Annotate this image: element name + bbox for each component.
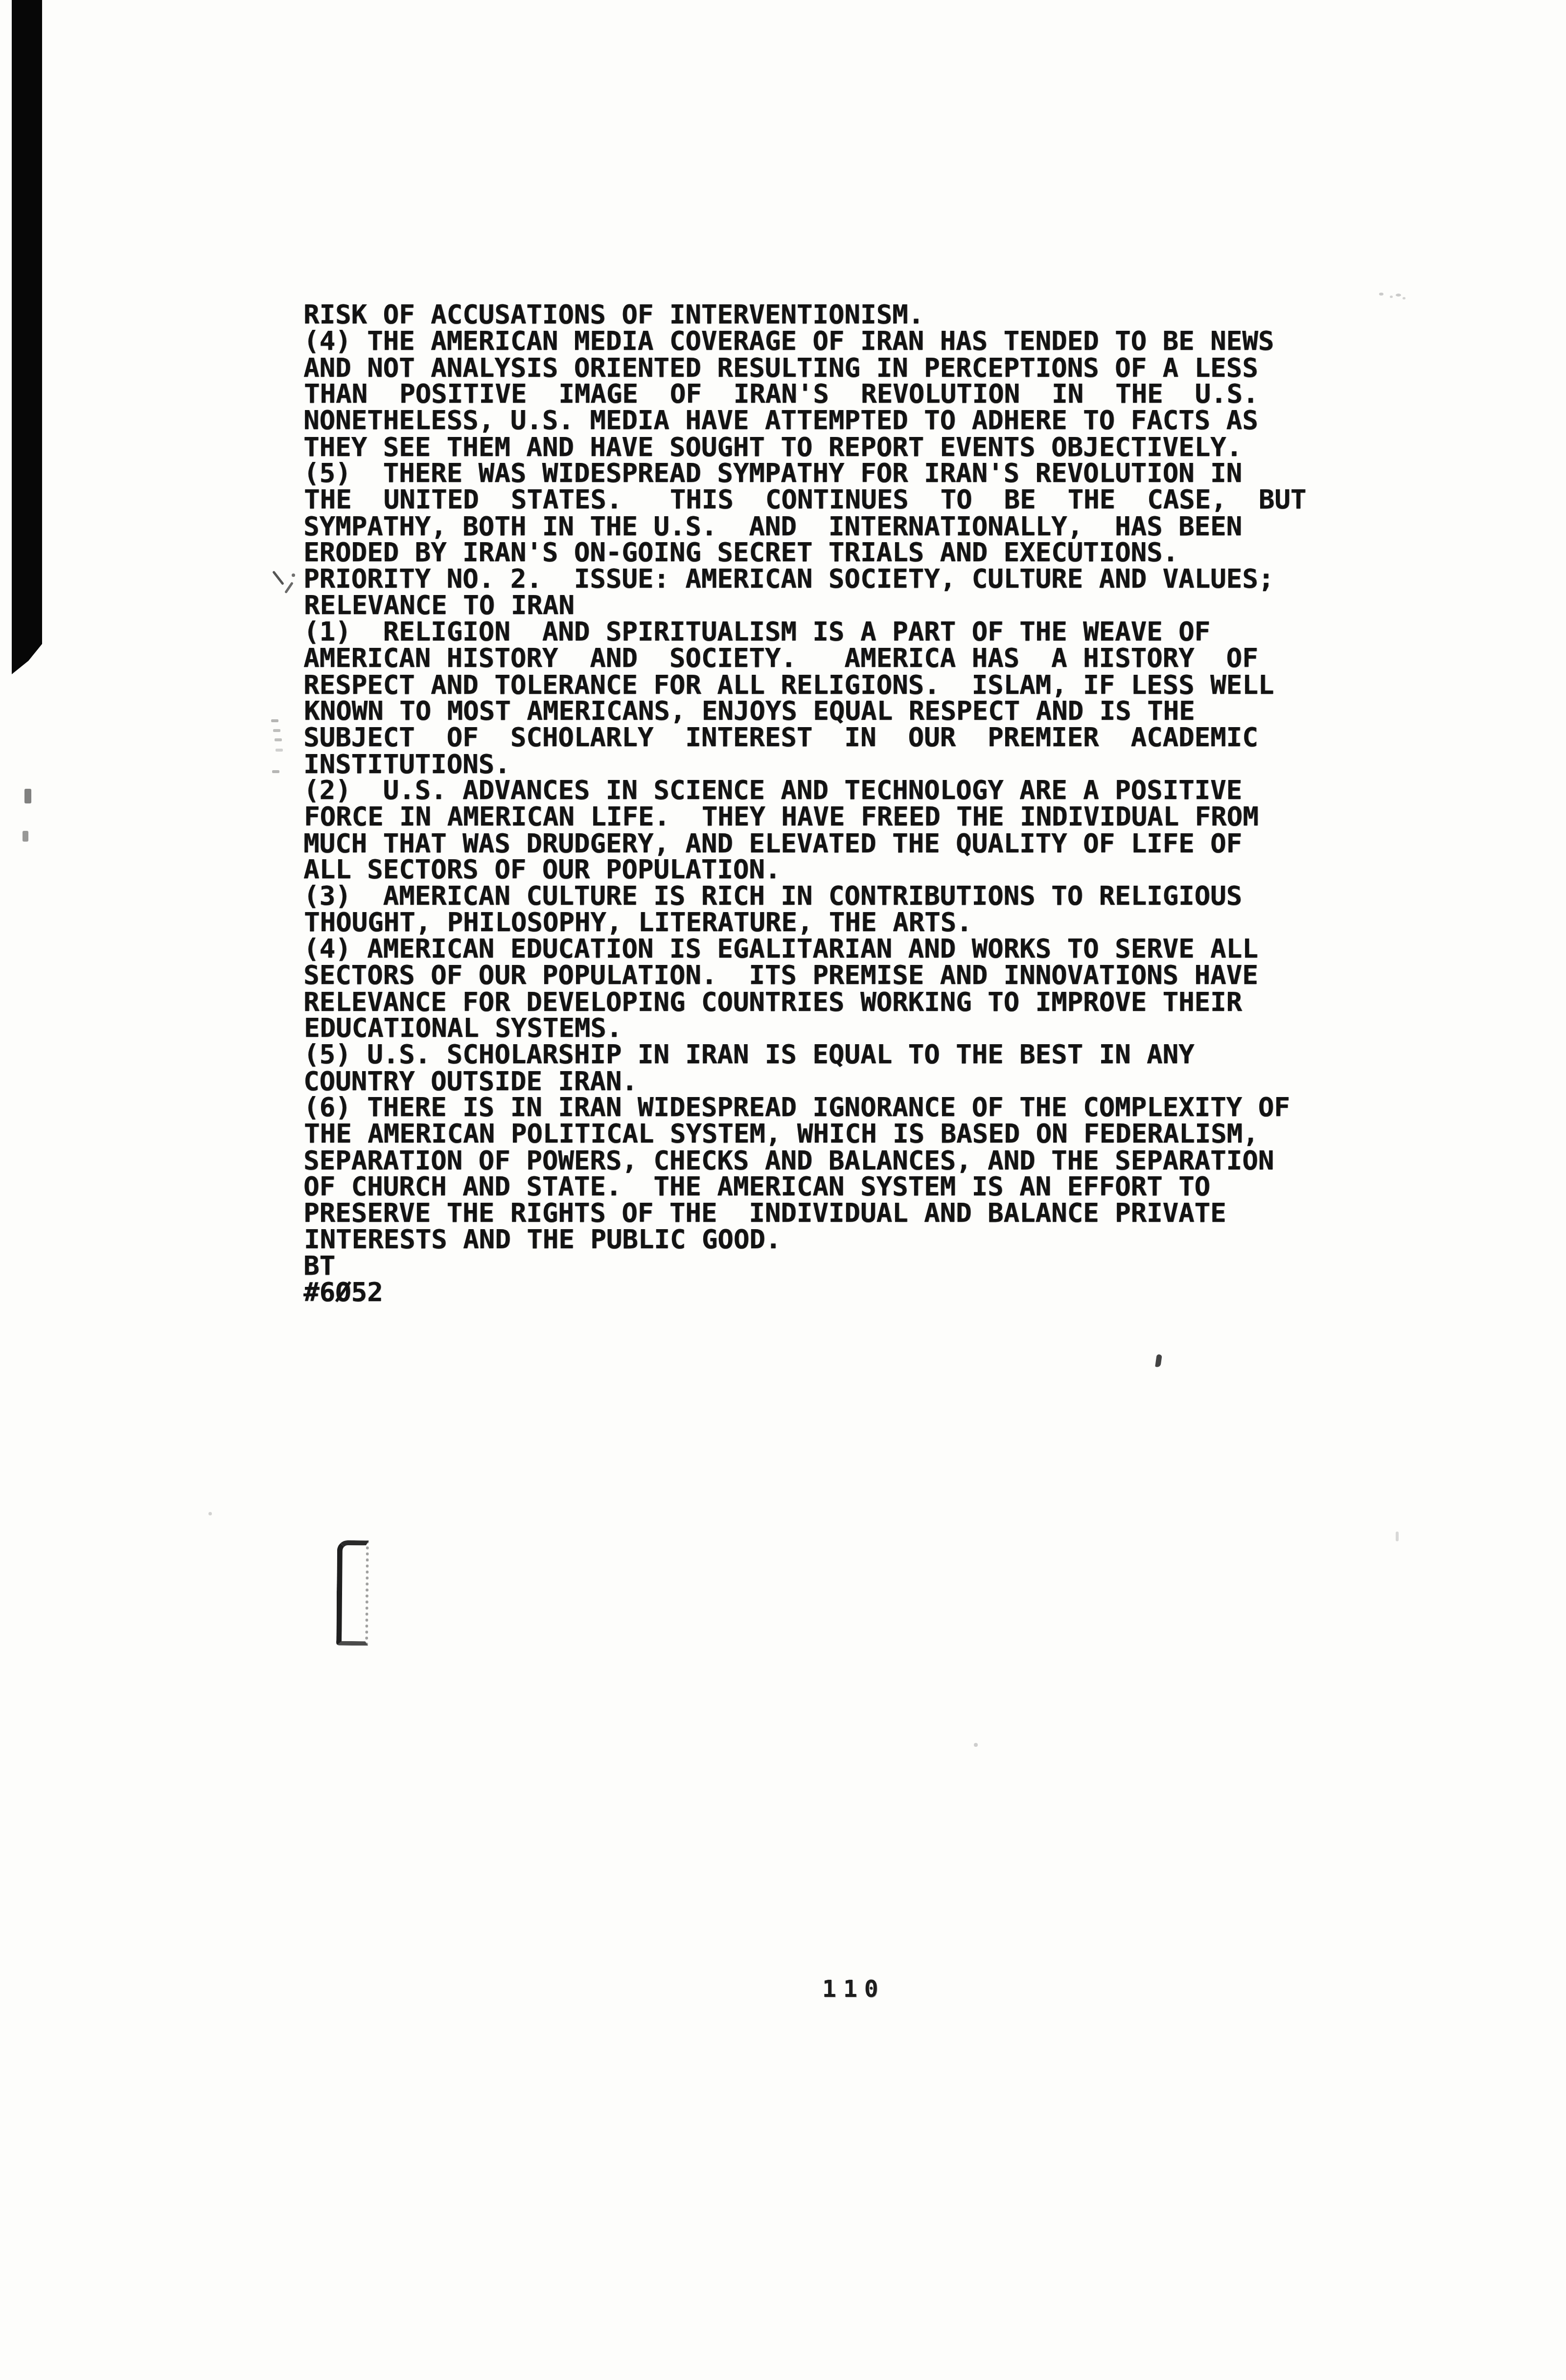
text-line: THAN POSITIVE IMAGE OF IRAN'S REVOLUTION…: [304, 381, 1306, 407]
text-line: (5) THERE WAS WIDESPREAD SYMPATHY FOR IR…: [303, 460, 1306, 486]
scan-speck: [208, 1512, 212, 1515]
text-line: (1) RELIGION AND SPIRITUALISM IS A PART …: [303, 618, 1306, 645]
margin-dash: [273, 729, 280, 732]
text-line: KNOWN TO MOST AMERICANS, ENJOYS EQUAL RE…: [304, 698, 1306, 724]
text-line: RESPECT AND TOLERANCE FOR ALL RELIGIONS.…: [303, 672, 1306, 698]
text-line: (4) AMERICAN EDUCATION IS EGALITARIAN AN…: [303, 936, 1306, 962]
page-number: 110: [822, 1977, 885, 2001]
scan-speck: [1403, 297, 1405, 299]
text-line: THOUGHT, PHILOSOPHY, LITERATURE, THE ART…: [304, 909, 1306, 936]
text-line: (5) U.S. SCHOLARSHIP IN IRAN IS EQUAL TO…: [303, 1041, 1306, 1068]
margin-check-mark: [284, 582, 294, 594]
text-line: COUNTRY OUTSIDE IRAN.: [303, 1068, 1306, 1095]
text-line: FORCE IN AMERICAN LIFE. THEY HAVE FREED …: [304, 803, 1306, 830]
scan-speck: [1379, 293, 1383, 296]
text-line: PRESERVE THE RIGHTS OF THE INDIVIDUAL AN…: [303, 1200, 1306, 1226]
text-line: OF CHURCH AND STATE. THE AMERICAN SYSTEM…: [303, 1173, 1306, 1200]
text-line: ALL SECTORS OF OUR POPULATION.: [303, 856, 1306, 883]
edge-speck: [24, 789, 31, 803]
edge-speck: [23, 831, 28, 842]
stray-ink-mark: [1155, 1354, 1162, 1367]
text-line: SYMPATHY, BOTH IN THE U.S. AND INTERNATI…: [303, 513, 1306, 540]
scanner-edge-strip: [12, 0, 42, 674]
text-line: AND NOT ANALYSIS ORIENTED RESULTING IN P…: [303, 355, 1306, 381]
text-line: INTERESTS AND THE PUBLIC GOOD.: [304, 1226, 1306, 1253]
text-line: (4) THE AMERICAN MEDIA COVERAGE OF IRAN …: [303, 328, 1306, 354]
text-line: THE AMERICAN POLITICAL SYSTEM, WHICH IS …: [304, 1121, 1306, 1147]
text-line: SEPARATION OF POWERS, CHECKS AND BALANCE…: [303, 1147, 1306, 1174]
document-text: RISK OF ACCUSATIONS OF INTERVENTIONISM.(…: [303, 301, 1306, 1305]
text-line: SECTORS OF OUR POPULATION. ITS PREMISE A…: [303, 962, 1306, 988]
text-line: EDUCATIONAL SYSTEMS.: [304, 1015, 1306, 1041]
text-line: AMERICAN HISTORY AND SOCIETY. AMERICA HA…: [303, 645, 1306, 671]
text-line: BT: [303, 1253, 1306, 1279]
scanned-document-page: RISK OF ACCUSATIONS OF INTERVENTIONISM.(…: [0, 0, 1566, 2380]
margin-dash: [275, 738, 282, 741]
text-line: ERODED BY IRAN'S ON-GOING SECRET TRIALS …: [303, 539, 1306, 566]
text-line: #6Ø52: [303, 1279, 1306, 1305]
text-line: MUCH THAT WAS DRUDGERY, AND ELEVATED THE…: [303, 830, 1306, 857]
margin-pen-dot: [292, 573, 295, 577]
text-line: THE UNITED STATES. THIS CONTINUES TO BE …: [304, 486, 1306, 513]
ink-smudge-bracket: [336, 1540, 369, 1646]
text-line: SUBJECT OF SCHOLARLY INTEREST IN OUR PRE…: [303, 724, 1306, 751]
scan-speck: [1390, 296, 1393, 298]
text-line: RELEVANCE FOR DEVELOPING COUNTRIES WORKI…: [303, 989, 1306, 1015]
text-line: PRIORITY NO. 2. ISSUE: AMERICAN SOCIETY,…: [303, 566, 1306, 592]
scan-speck: [1396, 294, 1401, 297]
text-line: RELEVANCE TO IRAN: [304, 592, 1306, 618]
text-line: THEY SEE THEM AND HAVE SOUGHT TO REPORT …: [303, 434, 1306, 460]
text-line: RISK OF ACCUSATIONS OF INTERVENTIONISM.: [303, 301, 1306, 328]
text-line: (2) U.S. ADVANCES IN SCIENCE AND TECHNOL…: [303, 777, 1306, 803]
margin-dash: [271, 719, 278, 722]
text-line: NONETHELESS, U.S. MEDIA HAVE ATTEMPTED T…: [303, 407, 1306, 434]
text-line: (6) THERE IS IN IRAN WIDESPREAD IGNORANC…: [303, 1094, 1306, 1121]
margin-dash: [272, 770, 279, 773]
text-line: (3) AMERICAN CULTURE IS RICH IN CONTRIBU…: [303, 883, 1306, 909]
text-line: INSTITUTIONS.: [303, 751, 1306, 778]
scan-speck: [1396, 1532, 1399, 1541]
margin-check-mark: [272, 571, 284, 585]
scan-speck: [974, 1743, 978, 1747]
margin-dash: [276, 749, 283, 752]
